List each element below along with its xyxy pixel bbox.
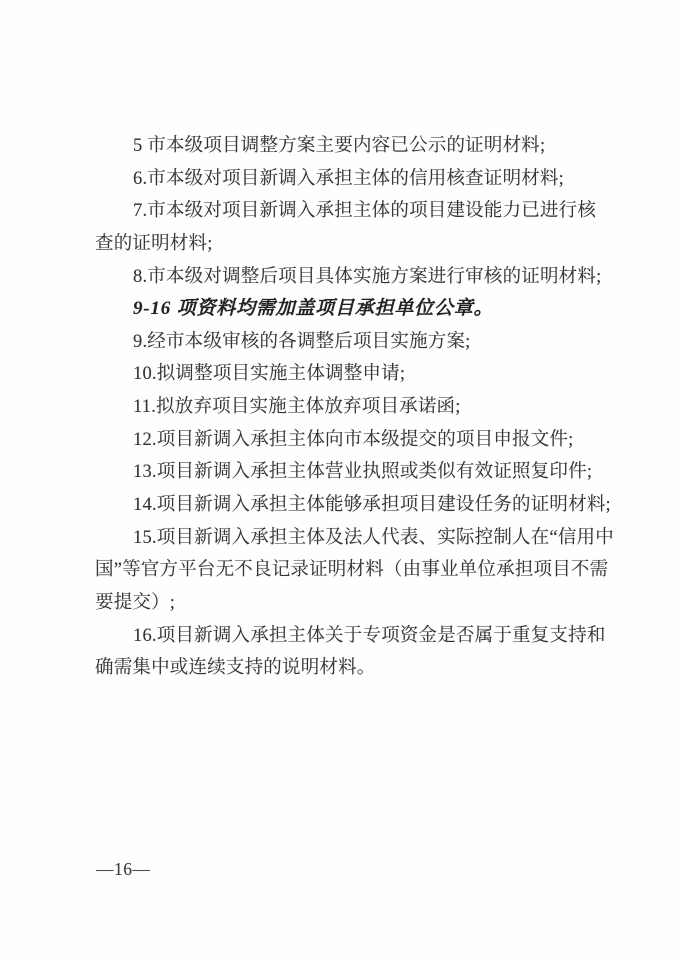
document-text-block: 5 市本级项目调整方案主要内容已公示的证明材料; 6.市本级对项目新调入承担主体… [95, 130, 607, 685]
line-item-14: 14.项目新调入承担主体能够承担项目建设任务的证明材料; [95, 489, 607, 522]
page-number: —16— [96, 858, 151, 880]
line-item-15-cont1: 国”等官方平台无不良记录证明材料（由事业单位承担项目不需 [95, 554, 607, 587]
line-item-5: 5 市本级项目调整方案主要内容已公示的证明材料; [95, 130, 607, 163]
line-item-16-cont: 确需集中或连续支持的说明材料。 [95, 652, 607, 685]
line-item-7-cont: 查的证明材料; [95, 228, 607, 261]
line-item-13: 13.项目新调入承担主体营业执照或类似有效证照复印件; [95, 456, 607, 489]
line-item-10: 10.拟调整项目实施主体调整申请; [95, 358, 607, 391]
line-item-8: 8.市本级对调整后项目具体实施方案进行审核的证明材料; [95, 261, 607, 294]
line-note-9-16: 9-16 项资料均需加盖项目承担单位公章。 [95, 293, 607, 326]
line-item-9: 9.经市本级审核的各调整后项目实施方案; [95, 326, 607, 359]
line-item-12: 12.项目新调入承担主体向市本级提交的项目申报文件; [95, 424, 607, 457]
document-page: 5 市本级项目调整方案主要内容已公示的证明材料; 6.市本级对项目新调入承担主体… [0, 0, 680, 962]
line-item-6: 6.市本级对项目新调入承担主体的信用核查证明材料; [95, 163, 607, 196]
line-item-15-cont2: 要提交）; [95, 587, 607, 620]
line-item-11: 11.拟放弃项目实施主体放弃项目承诺函; [95, 391, 607, 424]
line-item-16: 16.项目新调入承担主体关于专项资金是否属于重复支持和 [95, 620, 607, 653]
line-item-15: 15.项目新调入承担主体及法人代表、实际控制人在“信用中 [95, 522, 607, 555]
line-item-7: 7.市本级对项目新调入承担主体的项目建设能力已进行核 [95, 195, 607, 228]
